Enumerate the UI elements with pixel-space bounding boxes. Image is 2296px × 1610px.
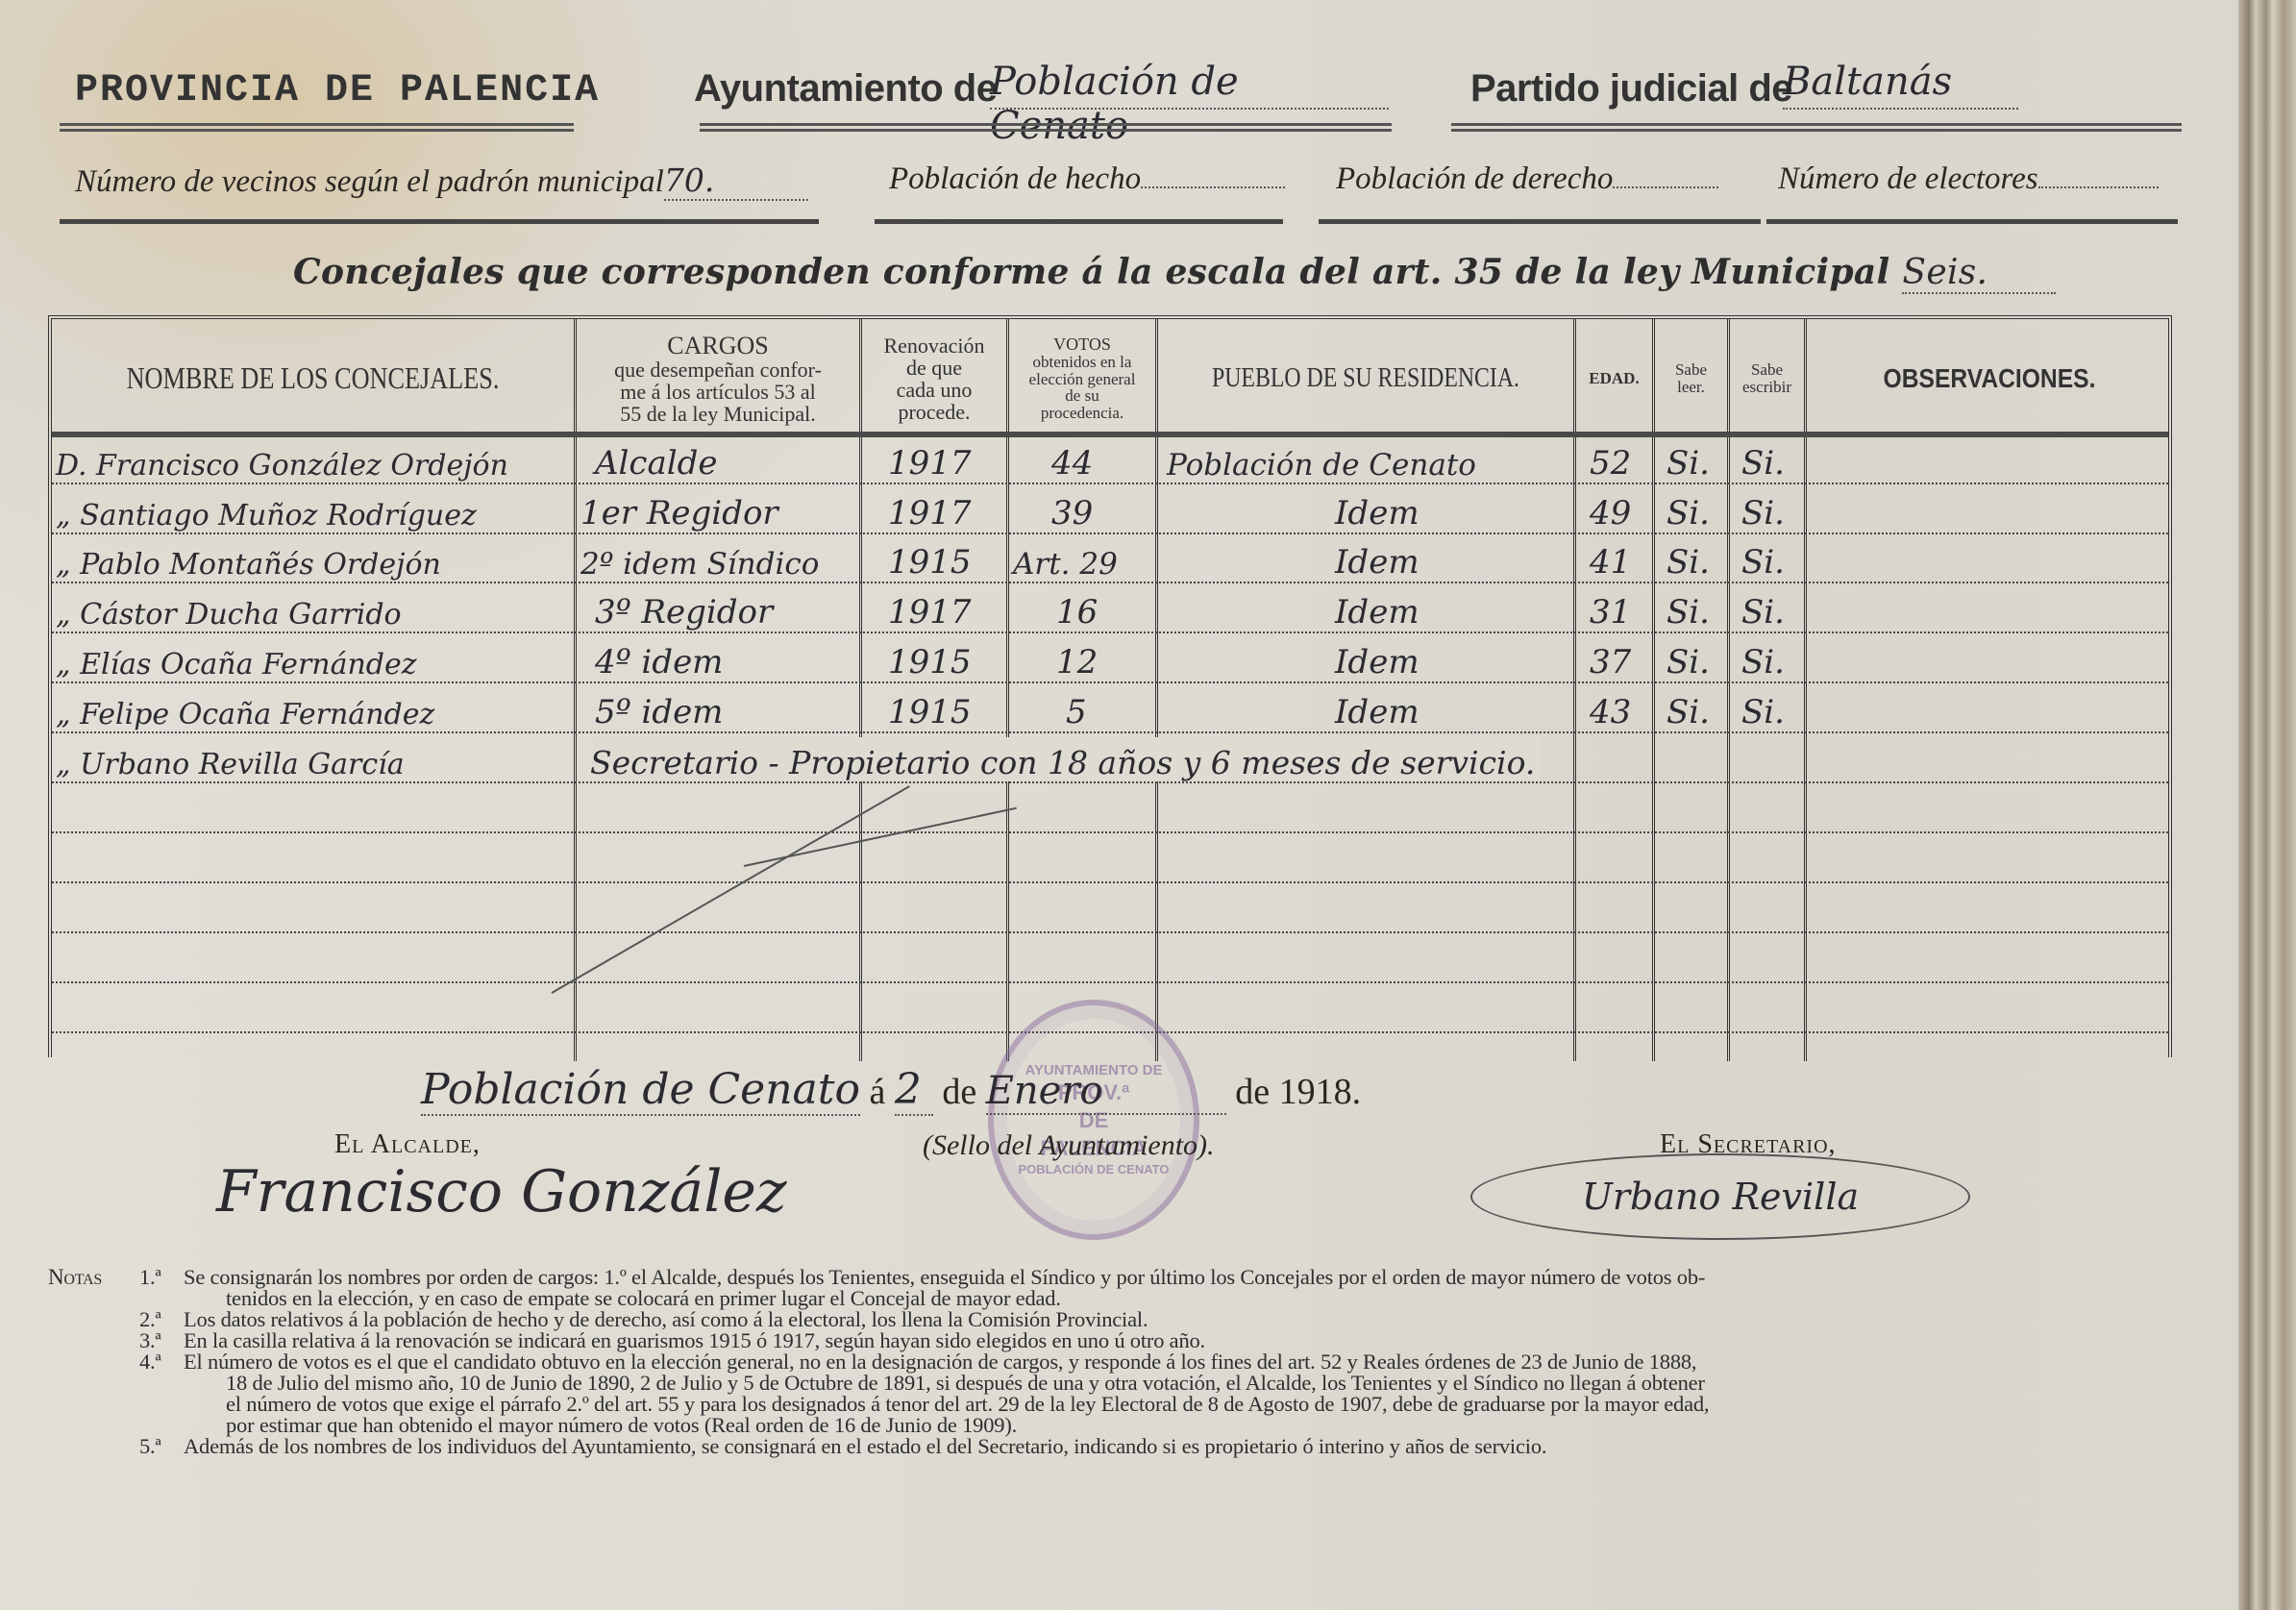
cell-renovacion: 1915: [888, 537, 972, 582]
cell-edad: 43: [1590, 687, 1631, 731]
partido-label: Partido judicial de: [1470, 67, 1792, 111]
concejales-field: Seis.: [1902, 253, 2056, 294]
row-rule: [52, 731, 2168, 733]
cell-votos: 44: [1051, 438, 1093, 483]
cell-pueblo: Población de Cenato: [1167, 438, 1476, 483]
note-number: 2.ª: [139, 1309, 184, 1330]
rule: [1766, 219, 2178, 224]
row-rule: [52, 483, 2168, 484]
electores-label: Número de electores: [1778, 161, 2038, 196]
cell-nombre: „ Felipe Ocaña Fernández: [56, 687, 434, 731]
hecho-label: Población de hecho: [889, 161, 1141, 196]
header-text: de su: [1065, 387, 1099, 405]
hecho-field: [1141, 186, 1285, 188]
vecinos-label: Número de vecinos según el padrón munici…: [75, 164, 664, 199]
note-4: 4.ª El número de votos es el que el cand…: [48, 1351, 2182, 1436]
rule: [60, 219, 819, 224]
cell-cargo: 5º idem: [595, 687, 723, 731]
municipal-stamp: AYUNTAMIENTO DE PROV.ª DE PALENCIA POBLA…: [988, 1000, 1199, 1240]
row-rule: [52, 533, 2168, 534]
cell-leer: Si.: [1666, 537, 1710, 582]
row-rule: [52, 881, 2168, 883]
header-edad: EDAD.: [1576, 327, 1652, 431]
cell-leer: Si.: [1666, 587, 1710, 632]
column-divider: [1804, 319, 1807, 1061]
date-line: Población de Cenato á 2 de Enero de 1918…: [421, 1065, 1361, 1116]
row-rule: [52, 632, 2168, 633]
header-text: escribir: [1742, 379, 1791, 396]
cell-escribir: Si.: [1741, 537, 1785, 582]
cell-votos: 12: [1056, 637, 1098, 681]
cell-votos: Art. 29: [1013, 537, 1118, 582]
cell-cargo: 3º Regidor: [595, 587, 773, 632]
row-rule: [52, 831, 2168, 833]
note-text: el número de votos que exige el párrafo …: [184, 1394, 2182, 1415]
cell-cargo: 4º idem: [595, 637, 723, 681]
document-page: PROVINCIA DE PALENCIA Ayuntamiento de Po…: [0, 0, 2239, 1610]
cell-votos: 16: [1056, 587, 1098, 632]
note-number: 1.ª: [139, 1267, 184, 1309]
cell-nombre: D. Francisco González Ordejón: [56, 438, 508, 483]
sello-label: (Sello del Ayuntamiento).: [923, 1129, 1215, 1162]
header-text: obtenidos en la: [1033, 354, 1132, 371]
cell-pueblo: Idem: [1335, 587, 1420, 632]
header-rule: [52, 432, 2168, 437]
note-text: 18 de Julio del mismo año, 10 de Junio d…: [184, 1373, 2182, 1394]
stamp-text: POBLACIÓN DE CENATO: [1019, 1162, 1170, 1178]
header-text: leer.: [1677, 379, 1705, 396]
note-number: 4.ª: [139, 1351, 184, 1436]
signature-text: Urbano Revilla: [1582, 1176, 1859, 1218]
header-text: EDAD.: [1589, 370, 1639, 387]
cell-cargo: 2º idem Síndico: [580, 537, 819, 582]
note-number: 5.ª: [139, 1436, 184, 1457]
header-renovacion: Renovación de que cada uno procede.: [862, 327, 1006, 431]
cell-edad: 31: [1590, 587, 1631, 632]
cell-edad: 41: [1590, 537, 1631, 582]
header-text: CARGOS: [667, 333, 768, 359]
cell-renovacion: 1917: [888, 488, 972, 533]
cell-votos: 5: [1066, 687, 1087, 731]
header-nombre: NOMBRE DE LOS CONCEJALES.: [99, 327, 527, 431]
vecinos-line: Número de vecinos según el padrón munici…: [75, 161, 808, 201]
notes-section: Notas 1.ª Se consignarán los nombres por…: [48, 1267, 2182, 1457]
alcalde-label: El Alcalde,: [334, 1129, 481, 1160]
note-5: 5.ª Además de los nombres de los individ…: [48, 1436, 2182, 1457]
header-text: de que: [906, 357, 962, 379]
date-text: de 1918.: [1235, 1072, 1361, 1112]
cell-escribir: Si.: [1741, 687, 1785, 731]
header-text: procede.: [898, 401, 970, 423]
note-number: 3.ª: [139, 1330, 184, 1351]
cell-escribir: Si.: [1741, 587, 1785, 632]
row-rule: [52, 681, 2168, 683]
header-votos: VOTOS obtenidos en la elección general d…: [1009, 327, 1155, 431]
cell-leer: Si.: [1666, 687, 1710, 731]
note-text: Además de los nombres de los individuos …: [184, 1436, 2182, 1457]
header-text: Sabe: [1675, 361, 1707, 379]
concejales-table: NOMBRE DE LOS CONCEJALES. CARGOS que des…: [48, 315, 2172, 1057]
rule: [700, 123, 1392, 132]
header-text: PUEBLO DE SU RESIDENCIA.: [1212, 364, 1519, 392]
header-text: me á los artículos 53 al: [620, 381, 815, 403]
note-text: por estimar que han obtenido el mayor nú…: [184, 1415, 2182, 1436]
header-observaciones: OBSERVACIONES.: [1829, 327, 2150, 431]
rule: [875, 219, 1283, 224]
header-text: OBSERVACIONES.: [1884, 364, 2096, 392]
cell-cargo: 1er Regidor: [580, 488, 778, 533]
cell-nombre: „ Pablo Montañés Ordejón: [56, 537, 441, 582]
note-text: En la casilla relativa á la renovación s…: [184, 1330, 2182, 1351]
note-3: 3.ª En la casilla relativa á la renovaci…: [48, 1330, 2182, 1351]
cell-renovacion: 1915: [888, 687, 972, 731]
cell-nombre: „ Urbano Revilla García: [56, 737, 405, 781]
header-text: procedencia.: [1041, 405, 1123, 422]
header-text: que desempeñan confor-: [614, 359, 822, 381]
rule: [1451, 123, 2182, 132]
partido-field: Baltanás: [1783, 60, 2018, 110]
ayuntamiento-field: Población de Cenato: [990, 60, 1389, 110]
note-1: Notas 1.ª Se consignarán los nombres por…: [48, 1267, 2182, 1309]
cell-pueblo: Idem: [1335, 637, 1420, 681]
row-rule: [52, 582, 2168, 583]
cell-votos: 39: [1051, 488, 1093, 533]
cell-pueblo: Idem: [1335, 537, 1420, 582]
header-text: VOTOS: [1053, 335, 1111, 354]
day-field: 2: [895, 1065, 933, 1116]
cell-edad: 37: [1590, 637, 1631, 681]
header-text: Renovación: [883, 334, 984, 357]
note-2: 2.ª Los datos relativos á la población d…: [48, 1309, 2182, 1330]
cell-nombre: „ Cástor Ducha Garrido: [56, 587, 402, 632]
header-text: elección general: [1029, 371, 1136, 388]
province-title: PROVINCIA DE PALENCIA: [75, 69, 600, 112]
cell-edad: 52: [1590, 438, 1631, 483]
header-escribir: Sabe escribir: [1730, 327, 1804, 431]
note-text: Se consignarán los nombres por orden de …: [184, 1267, 2182, 1288]
cell-renovacion: 1917: [888, 587, 972, 632]
cell-leer: Si.: [1666, 438, 1710, 483]
header-text: Sabe: [1751, 361, 1783, 379]
column-divider: [1155, 319, 1158, 1061]
row-rule: [52, 981, 2168, 983]
cell-leer: Si.: [1666, 637, 1710, 681]
derecho-field: [1613, 186, 1718, 188]
concejales-label: Concejales que corresponden conforme á l…: [293, 252, 1890, 292]
date-text: á: [869, 1072, 885, 1112]
secretary-note: Secretario - Propietario con 18 años y 6…: [590, 737, 1541, 781]
header-text: NOMBRE DE LOS CONCEJALES.: [127, 362, 500, 395]
cell-nombre: „ Elías Ocaña Fernández: [56, 637, 417, 681]
cell-escribir: Si.: [1741, 637, 1785, 681]
cell-renovacion: 1915: [888, 637, 972, 681]
cell-leer: Si.: [1666, 488, 1710, 533]
row-rule: [52, 781, 2168, 783]
header-leer: Sabe leer.: [1655, 327, 1727, 431]
month-field: Enero: [986, 1069, 1226, 1115]
concejales-line: Concejales que corresponden conforme á l…: [293, 252, 2056, 294]
row-rule: [52, 931, 2168, 933]
cell-escribir: Si.: [1741, 438, 1785, 483]
electores-field: [2038, 186, 2159, 188]
date-text: de: [942, 1072, 976, 1112]
secretario-signature: Urbano Revilla: [1470, 1153, 1970, 1240]
note-text: tenidos en la elección, y en caso de emp…: [184, 1288, 2182, 1309]
cell-renovacion: 1917: [888, 438, 972, 483]
cell-nombre: „ Santiago Muñoz Rodríguez: [56, 488, 477, 533]
cell-escribir: Si.: [1741, 488, 1785, 533]
hecho-line: Población de hecho: [889, 161, 1285, 197]
header-text: 55 de la ley Municipal.: [620, 403, 815, 425]
derecho-label: Población de derecho: [1336, 161, 1613, 196]
cell-pueblo: Idem: [1335, 488, 1420, 533]
header-text: cada uno: [897, 379, 973, 401]
derecho-line: Población de derecho: [1336, 161, 1718, 197]
cell-edad: 49: [1590, 488, 1631, 533]
header-pueblo: PUEBLO DE SU RESIDENCIA.: [1189, 327, 1542, 431]
rule: [60, 123, 574, 132]
ayuntamiento-label: Ayuntamiento de: [694, 67, 998, 111]
notes-label: Notas: [48, 1267, 139, 1309]
alcalde-signature: Francisco González: [216, 1158, 787, 1226]
cancellation-stroke: [552, 785, 910, 994]
vecinos-field: 70.: [664, 161, 808, 201]
header-cargos: CARGOS que desempeñan confor- me á los a…: [577, 327, 859, 431]
cell-pueblo: Idem: [1335, 687, 1420, 731]
rule: [1319, 219, 1761, 224]
note-text: El número de votos es el que el candidat…: [184, 1351, 2182, 1373]
note-text: Los datos relativos á la población de he…: [184, 1309, 2182, 1330]
place-field: Población de Cenato: [421, 1065, 860, 1116]
electores-line: Número de electores: [1778, 161, 2159, 197]
book-binding-edge: [2238, 0, 2296, 1610]
cell-cargo: Alcalde: [595, 438, 718, 483]
